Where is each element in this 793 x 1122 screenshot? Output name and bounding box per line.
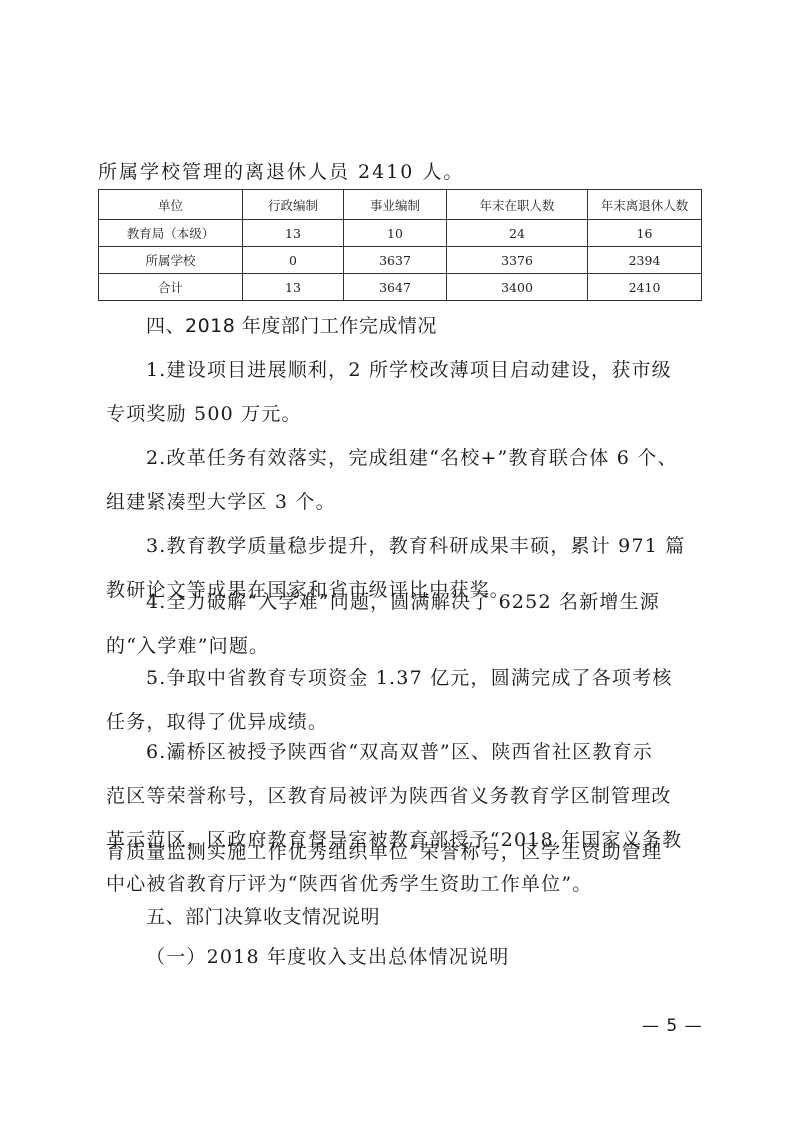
table-cell: 所属学校 — [99, 247, 243, 274]
item-3-line-1: 3.教育教学质量稳步提升，教育科研成果丰硕，累计 971 篇 — [146, 534, 685, 558]
table-cell: 2410 — [588, 274, 702, 301]
table-cell: 教育局（本级） — [99, 220, 243, 247]
item-6-line-5: 中心被省教育厅评为“陕西省优秀学生资助工作单位”。 — [106, 872, 592, 896]
table-header: 事业编制 — [344, 190, 447, 220]
table-header: 行政编制 — [243, 190, 344, 220]
item-6-line-4: 育质量监测实施工作优秀组织单位”荣誉称号，区学生资助管理 — [106, 840, 662, 864]
item-5-line-1: 5.争取中省教育专项资金 1.37 亿元，圆满完成了各项考核 — [146, 666, 673, 690]
section-5-subtitle: （一）2018 年度收入支出总体情况说明 — [146, 945, 509, 969]
item-6-line-2: 范区等荣誉称号，区教育局被评为陕西省义务教育学区制管理改 — [106, 784, 672, 808]
item-2-line-1: 2.改革任务有效落实，完成组建“名校+”教育联合体 6 个、 — [146, 446, 678, 470]
table-cell: 10 — [344, 220, 447, 247]
table-row: 所属学校 0 3637 3376 2394 — [99, 247, 702, 274]
section-4-title: 四、2018 年度部门工作完成情况 — [146, 314, 437, 338]
item-1-line-1: 1.建设项目进展顺利，2 所学校改薄项目启动建设，获市级 — [146, 358, 672, 382]
item-5-line-2: 任务，取得了优异成绩。 — [106, 710, 328, 734]
table-cell: 0 — [243, 247, 344, 274]
table-cell: 合计 — [99, 274, 243, 301]
table-cell: 24 — [447, 220, 588, 247]
table-row-total: 合计 13 3647 3400 2410 — [99, 274, 702, 301]
item-2-line-2: 组建紧凑型大学区 3 个。 — [106, 490, 336, 514]
page-number: — 5 — — [642, 1016, 703, 1036]
table-cell: 2394 — [588, 247, 702, 274]
intro-line: 所属学校管理的离退休人员 2410 人。 — [98, 160, 464, 184]
table-header-row: 单位 行政编制 事业编制 年末在职人数 年末离退休人数 — [99, 190, 702, 220]
table-cell: 13 — [243, 274, 344, 301]
table-row: 教育局（本级） 13 10 24 16 — [99, 220, 702, 247]
table-cell: 3376 — [447, 247, 588, 274]
item-1-line-2: 专项奖励 500 万元。 — [106, 402, 302, 426]
item-4-line-2: 的“入学难”问题。 — [106, 634, 269, 658]
item-6-line-1: 6.灞桥区被授予陕西省“双高双普”区、陕西省社区教育示 — [146, 740, 653, 764]
staff-table: 单位 行政编制 事业编制 年末在职人数 年末离退休人数 教育局（本级） 13 1… — [98, 189, 702, 301]
table-cell: 3400 — [447, 274, 588, 301]
table-header: 年末在职人数 — [447, 190, 588, 220]
table-header: 单位 — [99, 190, 243, 220]
table-cell: 16 — [588, 220, 702, 247]
table-cell: 3647 — [344, 274, 447, 301]
section-5-title: 五、部门决算收支情况说明 — [146, 905, 380, 929]
table-cell: 13 — [243, 220, 344, 247]
table-cell: 3637 — [344, 247, 447, 274]
table-header: 年末离退休人数 — [588, 190, 702, 220]
item-4-line-1: 4.全力破解“入学难”问题，圆满解决了 6252 名新增生源 — [146, 590, 660, 614]
